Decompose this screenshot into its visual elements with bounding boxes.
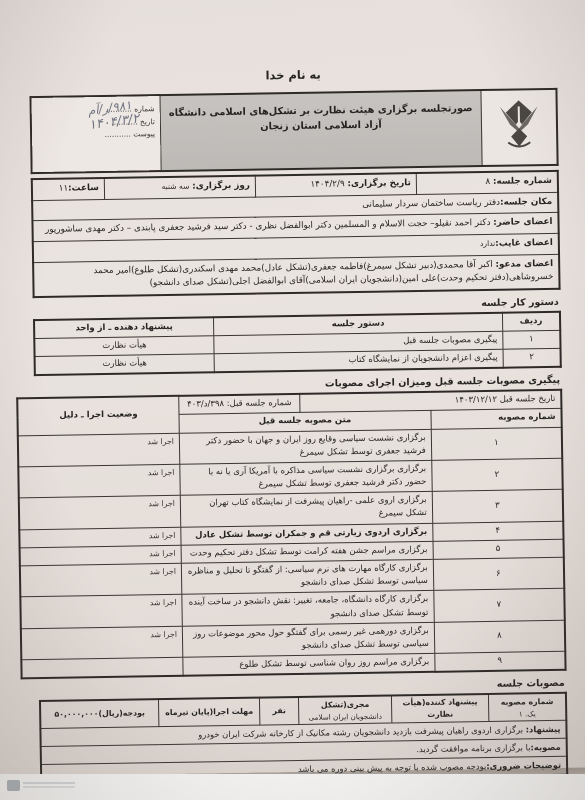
location-label: مکان جلسه: <box>500 197 552 208</box>
resolutions-table: شماره مصوبهیک. ۱ پیشنهاد کننده(هیأت نظار… <box>39 692 568 784</box>
logo-cell <box>481 89 558 166</box>
absent-value: ندارد <box>480 239 495 248</box>
letterhead-title: صورتجلسه برگزاری هیئت نظارت بر تشکل‌های … <box>160 90 482 171</box>
prev-meeting-number: شماره جلسه قبل: ۳۹۸/د/۴۰۳ <box>179 394 300 415</box>
resolution-no-header: شماره مصوبه <box>431 409 562 429</box>
approved-value: با برگزاری برنامه موافقت گردید. <box>416 743 530 755</box>
res-deadline-header: مهلت اجرا(پایان تیرماه <box>158 698 259 727</box>
agenda-table: ردیف دستور جلسه پیشنهاد دهنده ـ از واحد … <box>33 311 562 377</box>
notes-value: بودجه مصوب شده با توجه به پیش بینی دوره … <box>298 761 486 774</box>
invited-row: اعضای مدعو: اکبر آقا محمدی(دبیر تشکل سیم… <box>33 254 559 297</box>
notes-label: توضیحات ضروری: <box>486 760 561 771</box>
location-value: دفتر ریاست ساختمان سردار سلیمانی <box>362 197 500 209</box>
approved-label: مصوبه: <box>530 742 560 752</box>
scanner-watermark-icon <box>7 780 20 791</box>
proposal-value: برگزاری اردوی راهیان پیشرفت بازدید دانشج… <box>198 725 523 740</box>
bismillah: به نام خدا <box>29 64 557 86</box>
agenda-col-row: ردیف <box>502 312 560 332</box>
res-no-header: شماره مصوبهیک. ۱ <box>488 693 566 722</box>
meeting-day-label: روز برگزاری: <box>192 181 250 192</box>
meeting-date-label: تاریخ برگزاری: <box>347 178 411 189</box>
absent-label: اعضای غایب: <box>495 238 553 249</box>
res-budget-header: بودجه(ریال)۵۰,۰۰۰,۰۰۰ <box>40 699 159 729</box>
invited-value: اکبر آقا محمدی(دبیر تشکل سیمرغ)فاطمه جعف… <box>93 259 553 288</box>
scanned-paper: به نام خدا صورتجلسه برگزاری هیئت <box>0 0 585 777</box>
document-body: به نام خدا صورتجلسه برگزاری هیئت <box>28 0 568 784</box>
present-label: اعضای حاضر: <box>493 217 552 228</box>
letterhead: صورتجلسه برگزاری هیئت نظارت بر تشکل‌های … <box>29 88 558 174</box>
azad-university-logo-icon <box>498 144 540 155</box>
res-proposer-header: پیشنهاد کننده(هیأت نظارت <box>391 694 488 723</box>
letterhead-number-box: شماره ........... تاریخ ........... پیوس… <box>30 95 161 173</box>
status-column-header: وضعیت اجرا ـ دلیل <box>17 396 179 435</box>
meeting-time-value: ۱۱ <box>59 184 69 194</box>
res-person-header: نفر <box>259 697 298 725</box>
session-value: ۸ <box>485 177 490 187</box>
invited-label: اعضای مدعو: <box>495 258 553 269</box>
meeting-time-label: ساعت: <box>68 183 99 193</box>
present-value: دکتر احمد نقیلو– حجت الاسلام و المسلمین … <box>45 218 491 235</box>
meeting-info: شماره جلسه: ۸ تاریخ برگزاری: ۱۴۰۴/۲/۹ رو… <box>31 170 561 298</box>
res-executor-header: مجری(تشکلدانشجویان ایران اسلامی <box>298 696 391 725</box>
meeting-day-value: سه شنبه <box>161 182 189 191</box>
meeting-date-value: ۱۴۰۴/۲/۹ <box>310 179 344 190</box>
followup-table: تاریخ جلسه قبل ۱۴۰۳/۱۲/۱۲ شماره جلسه قبل… <box>16 389 566 679</box>
proposal-label: پیشنهاد: <box>526 724 561 735</box>
bottom-strip <box>0 774 585 800</box>
session-label: شماره جلسه: <box>493 176 552 187</box>
